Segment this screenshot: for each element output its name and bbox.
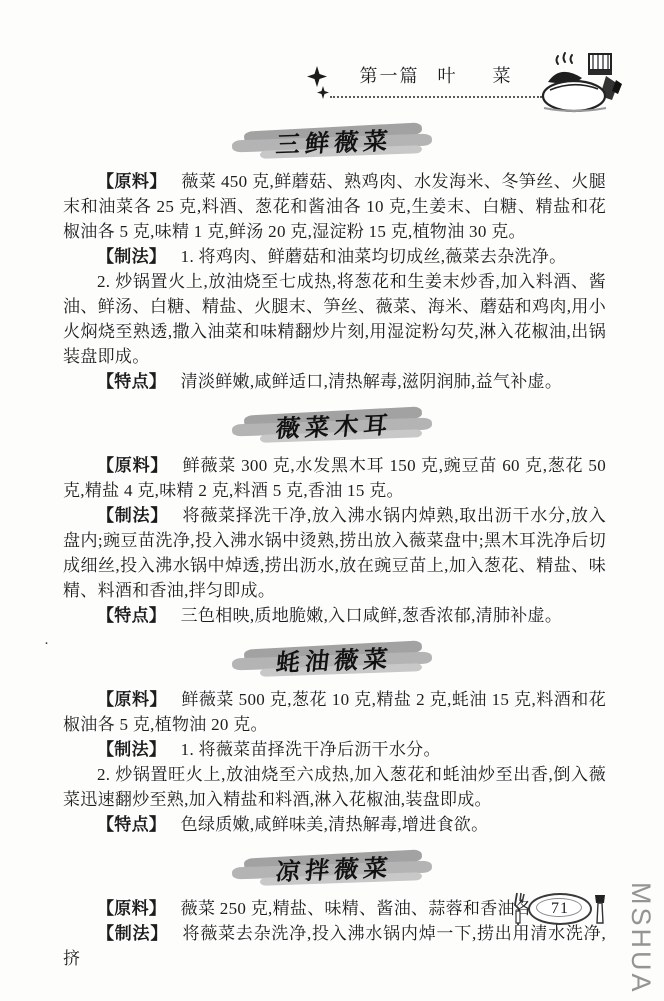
paragraph-label: 【原料】 (97, 690, 167, 709)
ingredients-paragraph: 【原料】鲜薇菜 300 克,水发黑木耳 150 克,豌豆苗 60 克,葱花 50… (63, 453, 606, 503)
recipe-title: 薇菜木耳 (230, 403, 440, 445)
ingredients-paragraph: 【原料】薇菜 450 克,鲜蘑菇、熟鸡肉、水发海米、冬笋丝、火腿末和油菜各 25… (63, 169, 606, 244)
paragraph-text: 清淡鲜嫩,咸鲜适口,清热解毒,滋阴润肺,益气补虚。 (181, 372, 563, 391)
paragraph-label: 【原料】 (97, 456, 168, 475)
recipe-title: 蚝油薇菜 (230, 637, 440, 679)
method-paragraph: 2. 炒锅置火上,放油烧至七成热,将葱花和生姜末炒香,加入料酒、酱油、鲜汤、白糖… (63, 269, 606, 369)
chapter-title-part: 第一篇 (360, 62, 420, 88)
ingredients-paragraph: 【原料】鲜薇菜 500 克,葱花 10 克,精盐 2 克,蚝油 15 克,料酒和… (63, 687, 606, 737)
recipe-title-banner: 蚝油薇菜 (232, 640, 437, 678)
method-paragraph: 2. 炒锅置旺火上,放油烧至六成热,加入葱花和蚝油炒至出香,倒入薇菜迅速翻炒至熟… (63, 762, 606, 812)
paragraph-text: 色绿质嫩,咸鲜味美,清热解毒,增进食欲。 (181, 815, 489, 834)
paragraph-label: 【制法】 (97, 506, 168, 525)
recipe-section: 蚝油薇菜 【原料】鲜薇菜 500 克,葱花 10 克,精盐 2 克,蚝油 15 … (63, 640, 606, 837)
paragraph-label: 【特点】 (97, 606, 166, 625)
paragraph-label: 【原料】 (97, 899, 166, 918)
chef-dish-illustration (532, 50, 624, 114)
paragraph-label: 【原料】 (97, 172, 167, 191)
recipe-section: 薇菜木耳 【原料】鲜薇菜 300 克,水发黑木耳 150 克,豌豆苗 60 克,… (63, 406, 606, 628)
paragraph-label: 【特点】 (97, 372, 166, 391)
recipe-title-banner: 凉拌薇菜 (232, 849, 437, 887)
chapter-title-part: 菜 (493, 62, 513, 88)
paragraph-text: 1. 将鸡肉、鲜蘑菇和油菜均切成丝,薇菜去杂洗净。 (181, 247, 567, 266)
recipe-title-banner: 薇菜木耳 (232, 406, 437, 444)
page-number: 71 (551, 900, 569, 918)
page-number-plate: 71 (512, 891, 608, 927)
paragraph-label: 【制法】 (97, 740, 166, 759)
recipe-title: 三鲜薇菜 (230, 119, 440, 161)
method-paragraph: 【制法】将薇菜择洗干净,放入沸水锅内焯熟,取出沥干水分,放入盘内;豌豆苗洗净,投… (63, 503, 606, 603)
method-paragraph: 【制法】1. 将薇菜苗择洗干净后沥干水分。 (63, 737, 606, 762)
recipe-title: 凉拌薇菜 (230, 846, 440, 888)
paragraph-label: 【特点】 (97, 815, 166, 834)
paragraph-text: 1. 将薇菜苗择洗干净后沥干水分。 (181, 740, 441, 759)
watermark: MSHUA (625, 882, 656, 995)
paragraph-text: 三色相映,质地脆嫩,入口咸鲜,葱香浓郁,清肺补虚。 (181, 606, 563, 625)
chapter-title-rule: 第一篇 叶 菜 (330, 62, 542, 98)
margin-dot: · (44, 636, 49, 653)
paragraph-text: 2. 炒锅置火上,放油烧至七成热,将葱花和生姜末炒香,加入料酒、酱油、鲜汤、白糖… (63, 272, 606, 366)
book-page: 第一篇 叶 菜 三鲜薇菜 【原料】薇菜 450 克,鲜蘑菇、熟鸡肉、 (0, 0, 664, 1001)
feature-paragraph: 【特点】三色相映,质地脆嫩,入口咸鲜,葱香浓郁,清肺补虚。 (63, 603, 606, 628)
recipe-title-banner: 三鲜薇菜 (232, 122, 437, 160)
paragraph-label: 【制法】 (97, 247, 166, 266)
recipe-section: 三鲜薇菜 【原料】薇菜 450 克,鲜蘑菇、熟鸡肉、水发海米、冬笋丝、火腿末和油… (63, 122, 606, 394)
fork-icon (512, 891, 528, 927)
knife-icon (592, 891, 608, 927)
method-paragraph: 【制法】1. 将鸡肉、鲜蘑菇和油菜均切成丝,薇菜去杂洗净。 (63, 244, 606, 269)
chapter-title-part: 叶 (438, 62, 458, 88)
feature-paragraph: 【特点】色绿质嫩,咸鲜味美,清热解毒,增进食欲。 (63, 812, 606, 837)
method-paragraph: 【制法】将薇菜去杂洗净,投入沸水锅内焯一下,捞出用清水洗净,挤 (63, 921, 606, 971)
plate-shape: 71 (528, 893, 592, 925)
paragraph-text: 2. 炒锅置旺火上,放油烧至六成热,加入葱花和蚝油炒至出香,倒入薇菜迅速翻炒至熟… (63, 765, 606, 809)
chapter-title: 第一篇 叶 菜 (351, 62, 522, 88)
feature-paragraph: 【特点】清淡鲜嫩,咸鲜适口,清热解毒,滋阴润肺,益气补虚。 (63, 369, 606, 394)
paragraph-label: 【制法】 (97, 924, 168, 943)
recipe-content: 三鲜薇菜 【原料】薇菜 450 克,鲜蘑菇、熟鸡肉、水发海米、冬笋丝、火腿末和油… (0, 0, 664, 971)
